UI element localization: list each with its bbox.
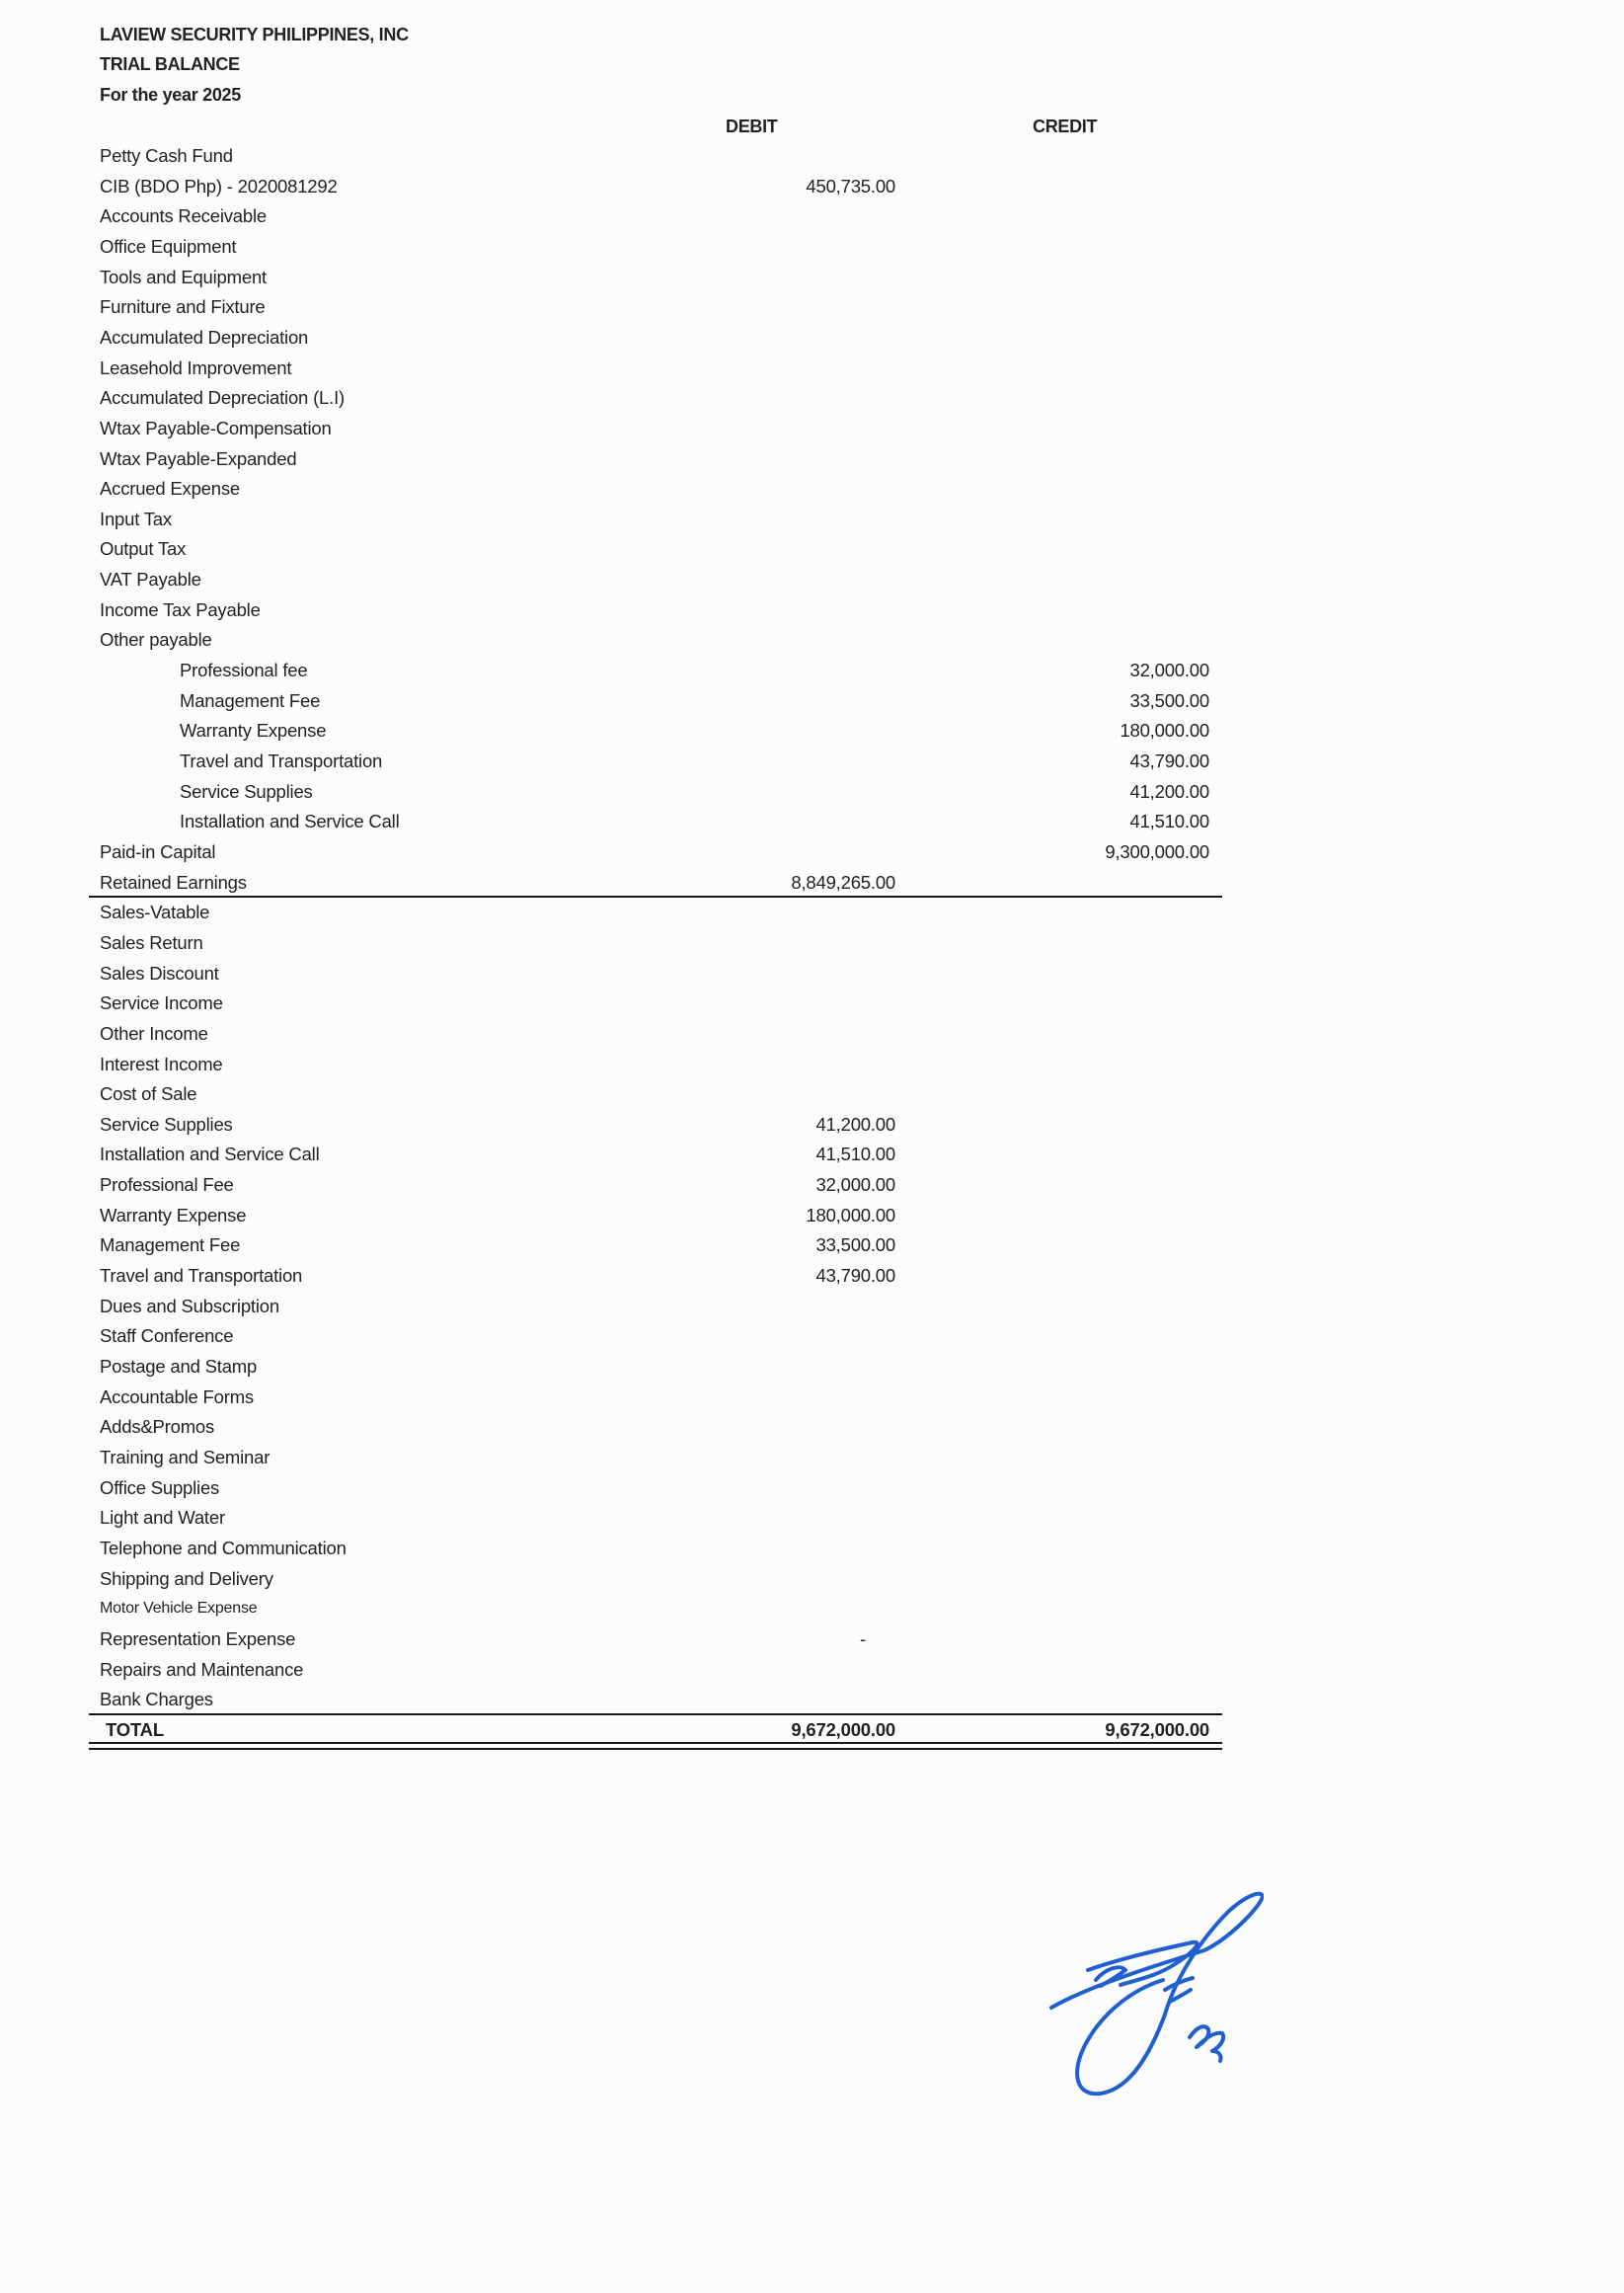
double-underline-bottom <box>89 1748 1222 1750</box>
table-row: Sales Return <box>0 928 1624 958</box>
credit-amount: 43,790.00 <box>963 747 1209 776</box>
account-name: Travel and Transportation <box>100 1261 302 1291</box>
debit-amount: 41,510.00 <box>649 1140 895 1169</box>
credit-amount: 41,200.00 <box>963 777 1209 807</box>
table-row: Adds&Promos <box>0 1412 1624 1442</box>
account-name: Sales-Vatable <box>100 898 209 927</box>
table-row: Professional Fee32,000.00 <box>0 1170 1624 1200</box>
account-name: Installation and Service Call <box>180 807 400 836</box>
account-name: Office Equipment <box>100 232 236 262</box>
account-name: Management Fee <box>100 1230 240 1260</box>
account-name: Light and Water <box>100 1503 225 1533</box>
credit-amount: 41,510.00 <box>963 807 1209 836</box>
table-row: Accrued Expense <box>0 474 1624 504</box>
debit-amount: 8,849,265.00 <box>649 868 895 898</box>
account-name: Training and Seminar <box>100 1443 270 1472</box>
credit-amount: 33,500.00 <box>963 686 1209 716</box>
table-row: Service Income <box>0 988 1624 1018</box>
table-row: Sales-Vatable <box>0 898 1624 927</box>
account-name: Professional fee <box>180 656 307 685</box>
table-row: Accountable Forms <box>0 1383 1624 1412</box>
account-name: CIB (BDO Php) - 2020081292 <box>100 172 338 201</box>
total-debit: 9,672,000.00 <box>649 1715 895 1745</box>
table-row: Motor Vehicle Expense <box>0 1594 1624 1623</box>
table-row: Petty Cash Fund <box>0 141 1624 171</box>
account-name: Accrued Expense <box>100 474 240 504</box>
account-name: Wtax Payable-Compensation <box>100 414 332 443</box>
report-title: TRIAL BALANCE <box>100 54 240 75</box>
account-name: Professional Fee <box>100 1170 234 1200</box>
account-name: Income Tax Payable <box>100 595 261 625</box>
debit-amount: - <box>619 1624 866 1654</box>
table-row: Shipping and Delivery <box>0 1564 1624 1594</box>
table-row: Accumulated Depreciation (L.I) <box>0 383 1624 413</box>
account-name: Installation and Service Call <box>100 1140 320 1169</box>
table-row: Input Tax <box>0 505 1624 534</box>
account-name: Other Income <box>100 1019 208 1049</box>
table-row: Income Tax Payable <box>0 595 1624 625</box>
table-row: VAT Payable <box>0 565 1624 594</box>
table-row: Accounts Receivable <box>0 201 1624 231</box>
table-row: Accumulated Depreciation <box>0 323 1624 353</box>
table-row: Cost of Sale <box>0 1079 1624 1109</box>
account-name: Wtax Payable-Expanded <box>100 444 296 474</box>
table-row: Wtax Payable-Expanded <box>0 444 1624 474</box>
table-row: Furniture and Fixture <box>0 292 1624 322</box>
account-name: Leasehold Improvement <box>100 354 291 383</box>
account-name: Office Supplies <box>100 1473 219 1503</box>
account-name: Petty Cash Fund <box>100 141 233 171</box>
account-name: Furniture and Fixture <box>100 292 266 322</box>
account-name: Accumulated Depreciation (L.I) <box>100 383 345 413</box>
table-row: Office Supplies <box>0 1473 1624 1503</box>
account-name: Retained Earnings <box>100 868 247 898</box>
debit-amount: 180,000.00 <box>649 1201 895 1230</box>
account-name: Accountable Forms <box>100 1383 254 1412</box>
table-row: Wtax Payable-Compensation <box>0 414 1624 443</box>
table-row: Installation and Service Call41,510.00 <box>0 807 1624 836</box>
table-row: Installation and Service Call41,510.00 <box>0 1140 1624 1169</box>
account-name: Warranty Expense <box>180 716 326 746</box>
account-name: Sales Return <box>100 928 203 958</box>
account-name: Bank Charges <box>100 1685 213 1714</box>
account-name: Warranty Expense <box>100 1201 246 1230</box>
table-row: Dues and Subscription <box>0 1292 1624 1321</box>
table-row: Training and Seminar <box>0 1443 1624 1472</box>
table-row: Retained Earnings8,849,265.00 <box>0 868 1624 898</box>
table-row: Telephone and Communication <box>0 1534 1624 1563</box>
table-row: Postage and Stamp <box>0 1352 1624 1382</box>
debit-amount: 32,000.00 <box>649 1170 895 1200</box>
account-name: Repairs and Maintenance <box>100 1655 303 1685</box>
total-row: TOTAL 9,672,000.00 9,672,000.00 <box>0 1715 1624 1745</box>
table-row: Repairs and Maintenance <box>0 1655 1624 1685</box>
account-name: Staff Conference <box>100 1321 233 1351</box>
total-label: TOTAL <box>106 1715 164 1745</box>
credit-amount: 180,000.00 <box>963 716 1209 746</box>
account-name: Travel and Transportation <box>180 747 382 776</box>
account-name: Representation Expense <box>100 1624 295 1654</box>
table-row: Travel and Transportation43,790.00 <box>0 747 1624 776</box>
table-row: Service Supplies41,200.00 <box>0 777 1624 807</box>
table-row: Paid-in Capital9,300,000.00 <box>0 837 1624 867</box>
account-name: Service Income <box>100 988 223 1018</box>
table-row: Management Fee33,500.00 <box>0 686 1624 716</box>
table-row: Representation Expense- <box>0 1624 1624 1654</box>
table-row: Staff Conference <box>0 1321 1624 1351</box>
table-row: Professional fee32,000.00 <box>0 656 1624 685</box>
credit-amount: 9,300,000.00 <box>963 837 1209 867</box>
table-row: Warranty Expense180,000.00 <box>0 1201 1624 1230</box>
table-row: Tools and Equipment <box>0 263 1624 292</box>
table-row: Bank Charges <box>0 1685 1624 1714</box>
account-name: Paid-in Capital <box>100 837 215 867</box>
credit-column-header: CREDIT <box>1033 117 1097 137</box>
account-name: VAT Payable <box>100 565 201 594</box>
account-name: Cost of Sale <box>100 1079 196 1109</box>
table-row: Sales Discount <box>0 959 1624 988</box>
debit-amount: 450,735.00 <box>649 172 895 201</box>
account-name: Tools and Equipment <box>100 263 267 292</box>
debit-amount: 33,500.00 <box>649 1230 895 1260</box>
handwritten-signature-icon <box>1027 1881 1264 2108</box>
credit-amount: 32,000.00 <box>963 656 1209 685</box>
table-row: Interest Income <box>0 1050 1624 1079</box>
table-row: Light and Water <box>0 1503 1624 1533</box>
account-name: Management Fee <box>180 686 320 716</box>
table-row: Other Income <box>0 1019 1624 1049</box>
account-name: Postage and Stamp <box>100 1352 257 1382</box>
table-row: Other payable <box>0 625 1624 655</box>
account-name: Accumulated Depreciation <box>100 323 308 353</box>
account-name: Output Tax <box>100 534 186 564</box>
table-row: Management Fee33,500.00 <box>0 1230 1624 1260</box>
account-name: Service Supplies <box>100 1110 233 1140</box>
debit-amount: 43,790.00 <box>649 1261 895 1291</box>
account-name: Motor Vehicle Expense <box>100 1594 257 1623</box>
account-name: Input Tax <box>100 505 172 534</box>
debit-amount: 41,200.00 <box>649 1110 895 1140</box>
account-name: Shipping and Delivery <box>100 1564 273 1594</box>
table-row: Travel and Transportation43,790.00 <box>0 1261 1624 1291</box>
table-row: Leasehold Improvement <box>0 354 1624 383</box>
double-underline-top <box>89 1742 1222 1744</box>
company-name: LAVIEW SECURITY PHILIPPINES, INC <box>100 25 409 45</box>
report-period: For the year 2025 <box>100 85 241 106</box>
account-name: Adds&Promos <box>100 1412 214 1442</box>
table-row: Office Equipment <box>0 232 1624 262</box>
table-row: CIB (BDO Php) - 2020081292450,735.00 <box>0 172 1624 201</box>
account-name: Sales Discount <box>100 959 219 988</box>
account-name: Accounts Receivable <box>100 201 267 231</box>
table-row: Warranty Expense180,000.00 <box>0 716 1624 746</box>
table-row: Output Tax <box>0 534 1624 564</box>
total-credit: 9,672,000.00 <box>963 1715 1209 1745</box>
account-name: Dues and Subscription <box>100 1292 279 1321</box>
account-name: Telephone and Communication <box>100 1534 347 1563</box>
table-row: Service Supplies41,200.00 <box>0 1110 1624 1140</box>
account-name: Interest Income <box>100 1050 223 1079</box>
account-name: Other payable <box>100 625 212 655</box>
account-name: Service Supplies <box>180 777 313 807</box>
debit-column-header: DEBIT <box>726 117 778 137</box>
